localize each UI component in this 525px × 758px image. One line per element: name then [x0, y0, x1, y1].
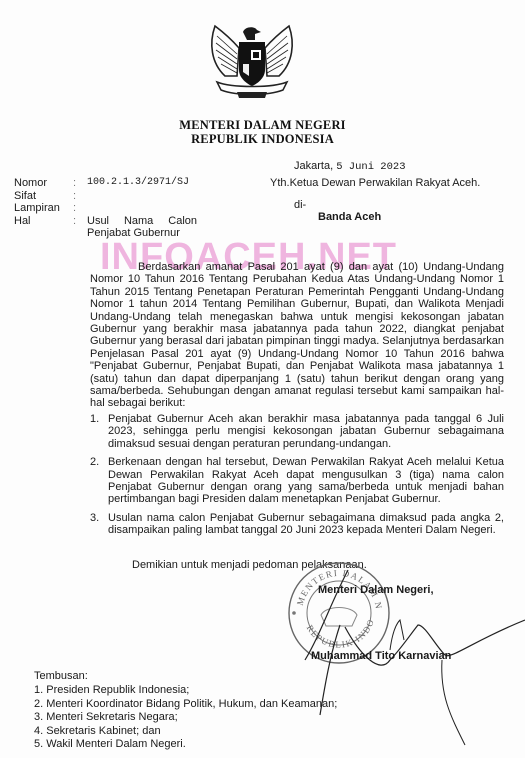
garuda-emblem-icon [207, 18, 297, 104]
letter-date: Jakarta, 5 Juni 2023 [294, 160, 406, 173]
hal-label: Hal [14, 215, 73, 228]
letterhead-line1: MENTERI DALAM NEGERI [0, 118, 525, 133]
hal-value-line1: Usul Nama Calon [87, 215, 197, 228]
nomor-value: 100.2.1.3/2971/SJ [87, 177, 197, 190]
cc-item: 3. Menteri Sekretaris Negara; [34, 711, 337, 724]
body-intro: Berdasarkan amanat Pasal 201 ayat (9) da… [90, 261, 504, 410]
colon: : [73, 202, 87, 215]
date-place: Jakarta, [294, 160, 333, 172]
list-item: 1. Penjabat Gubernur Aceh akan berakhir … [90, 413, 504, 450]
meta-sifat: Sifat : [14, 190, 197, 203]
cc-title: Tembusan: [34, 670, 337, 683]
letter-body: Berdasarkan amanat Pasal 201 ayat (9) da… [90, 261, 504, 543]
cc-item: 1. Presiden Republik Indonesia; [34, 684, 337, 697]
lampiran-label: Lampiran [14, 202, 73, 215]
meta-lampiran: Lampiran : [14, 202, 197, 215]
recipient: Yth.Ketua Dewan Perwakilan Rakyat Aceh. [270, 177, 480, 189]
point-text: Penjabat Gubernur Aceh akan berakhir mas… [108, 413, 504, 450]
colon: : [73, 215, 87, 228]
meta-hal: Hal : Usul Nama Calon [14, 215, 197, 228]
cc-item: 5. Wakil Menteri Dalam Negeri. [34, 738, 337, 751]
carbon-copy-list: Tembusan: 1. Presiden Republik Indonesia… [34, 670, 337, 751]
letter-page: MENTERI DALAM NEGERI REPUBLIK INDONESIA … [0, 0, 525, 758]
point-text: Berkenaan dengan hal tersebut, Dewan Per… [108, 456, 504, 506]
colon: : [73, 177, 87, 190]
body-points: 1. Penjabat Gubernur Aceh akan berakhir … [90, 413, 504, 537]
list-item: 2. Berkenaan dengan hal tersebut, Dewan … [90, 456, 504, 506]
letter-meta: Nomor : 100.2.1.3/2971/SJ Sifat : Lampir… [14, 177, 197, 240]
cc-item: 4. Sekretaris Kabinet; dan [34, 725, 337, 738]
point-text: Usulan nama calon Penjabat Gubernur seba… [108, 512, 504, 537]
sifat-label: Sifat [14, 190, 73, 203]
recipient-di: di- [294, 199, 306, 211]
colon: : [73, 190, 87, 203]
lampiran-value [87, 202, 197, 215]
sifat-value [87, 190, 197, 203]
letterhead-line2: REPUBLIK INDONESIA [0, 132, 525, 147]
list-item: 3. Usulan nama calon Penjabat Gubernur s… [90, 512, 504, 537]
date-value: 5 Juni 2023 [336, 161, 405, 173]
cc-item: 2. Menteri Koordinator Bidang Politik, H… [34, 698, 337, 711]
point-number: 1. [90, 413, 108, 450]
point-number: 3. [90, 512, 108, 537]
signatory-name: Muhammad Tito Karnavian [311, 650, 451, 662]
point-number: 2. [90, 456, 108, 506]
recipient-city: Banda Aceh [318, 211, 381, 223]
meta-nomor: Nomor : 100.2.1.3/2971/SJ [14, 177, 197, 190]
nomor-label: Nomor [14, 177, 73, 190]
